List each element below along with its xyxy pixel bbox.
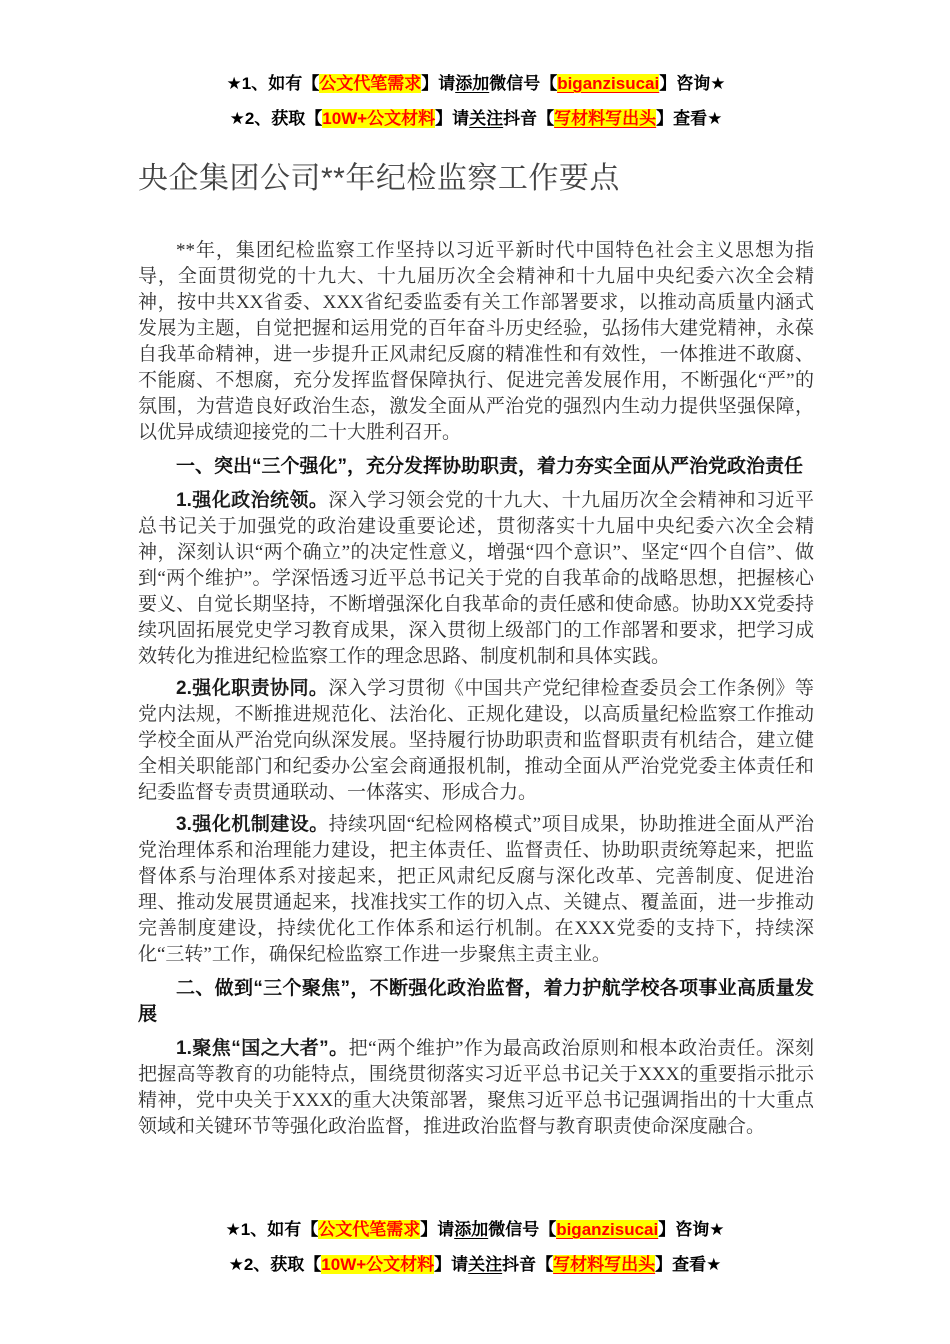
- highlight-materials: 10W+公文材料: [321, 1255, 434, 1274]
- paragraph-lead: 3.强化机制建设。: [176, 814, 329, 835]
- paragraph-lead: 1.强化政治统领。: [176, 490, 328, 511]
- promo-text: 】查看★: [656, 109, 722, 128]
- promo-line: ★1、如有【公文代笔需求】请添加微信号【biganzisucai】咨询★: [0, 1212, 950, 1247]
- wechat-id: biganzisucai: [556, 1220, 658, 1239]
- promo-text: 】请: [434, 1255, 468, 1274]
- document-body: **年，集团纪检监察工作坚持以习近平新时代中国特色社会主义思想为指导，全面贯彻党…: [138, 238, 814, 1140]
- douyin-account: 写材料写出头: [554, 109, 656, 128]
- promo-header: ★1、如有【公文代笔需求】请添加微信号【biganzisucai】咨询★★2、获…: [138, 66, 814, 136]
- promo-text: 抖音【: [503, 109, 554, 128]
- promo-text: ★1、如有【: [226, 1220, 319, 1239]
- underline-follow: 关注: [469, 109, 503, 128]
- highlight-writing-service: 公文代笔需求: [319, 74, 421, 93]
- underline-add: 添加: [454, 1220, 488, 1239]
- promo-text: 微信号【: [489, 74, 557, 93]
- document-title: 央企集团公司**年纪检监察工作要点: [138, 158, 814, 200]
- document-page: ★1、如有【公文代笔需求】请添加微信号【biganzisucai】咨询★★2、获…: [0, 0, 950, 1344]
- promo-text: ★2、获取【: [230, 109, 323, 128]
- paragraph: 2.强化职责协同。深入学习贯彻《中国共产党纪律检查委员会工作条例》等党内法规，不…: [138, 676, 814, 806]
- section-heading: 二、做到“三个聚焦”，不断强化政治监督，着力护航学校各项事业高质量发展: [138, 976, 814, 1028]
- underline-add: 添加: [455, 74, 489, 93]
- paragraph: 3.强化机制建设。持续巩固“纪检网格模式”项目成果，协助推进全面从严治党治理体系…: [138, 812, 814, 968]
- promo-text: ★1、如有【: [227, 74, 320, 93]
- underline-follow: 关注: [468, 1255, 502, 1274]
- wechat-id: biganzisucai: [557, 74, 659, 93]
- promo-line: ★2、获取【10W+公文材料】请关注抖音【写材料写出头】查看★: [138, 101, 814, 136]
- promo-footer: ★1、如有【公文代笔需求】请添加微信号【biganzisucai】咨询★★2、获…: [0, 1212, 950, 1282]
- promo-line: ★1、如有【公文代笔需求】请添加微信号【biganzisucai】咨询★: [138, 66, 814, 101]
- promo-text: 】请: [420, 1220, 454, 1239]
- paragraph: **年，集团纪检监察工作坚持以习近平新时代中国特色社会主义思想为指导，全面贯彻党…: [138, 238, 814, 446]
- douyin-account: 写材料写出头: [553, 1255, 655, 1274]
- promo-text: 】咨询★: [659, 74, 725, 93]
- promo-text: 】请: [435, 109, 469, 128]
- paragraph-lead: 2.强化职责协同。: [176, 678, 328, 699]
- promo-text: 抖音【: [502, 1255, 553, 1274]
- promo-text: ★2、获取【: [229, 1255, 322, 1274]
- promo-text: 】查看★: [655, 1255, 721, 1274]
- highlight-materials: 10W+公文材料: [322, 109, 435, 128]
- paragraph: 1.聚焦“国之大者”。把“两个维护”作为最高政治原则和根本政治责任。深刻把握高等…: [138, 1036, 814, 1140]
- paragraph: 1.强化政治统领。深入学习领会党的十九大、十九届历次全会精神和习近平总书记关于加…: [138, 488, 814, 670]
- promo-text: 】咨询★: [658, 1220, 724, 1239]
- promo-line: ★2、获取【10W+公文材料】请关注抖音【写材料写出头】查看★: [0, 1247, 950, 1282]
- promo-text: 微信号【: [488, 1220, 556, 1239]
- promo-text: 】请: [421, 74, 455, 93]
- paragraph-lead: 1.聚焦“国之大者”。: [176, 1038, 349, 1059]
- highlight-writing-service: 公文代笔需求: [318, 1220, 420, 1239]
- section-heading: 一、突出“三个强化”，充分发挥协助职责，着力夯实全面从严治党政治责任: [138, 454, 814, 480]
